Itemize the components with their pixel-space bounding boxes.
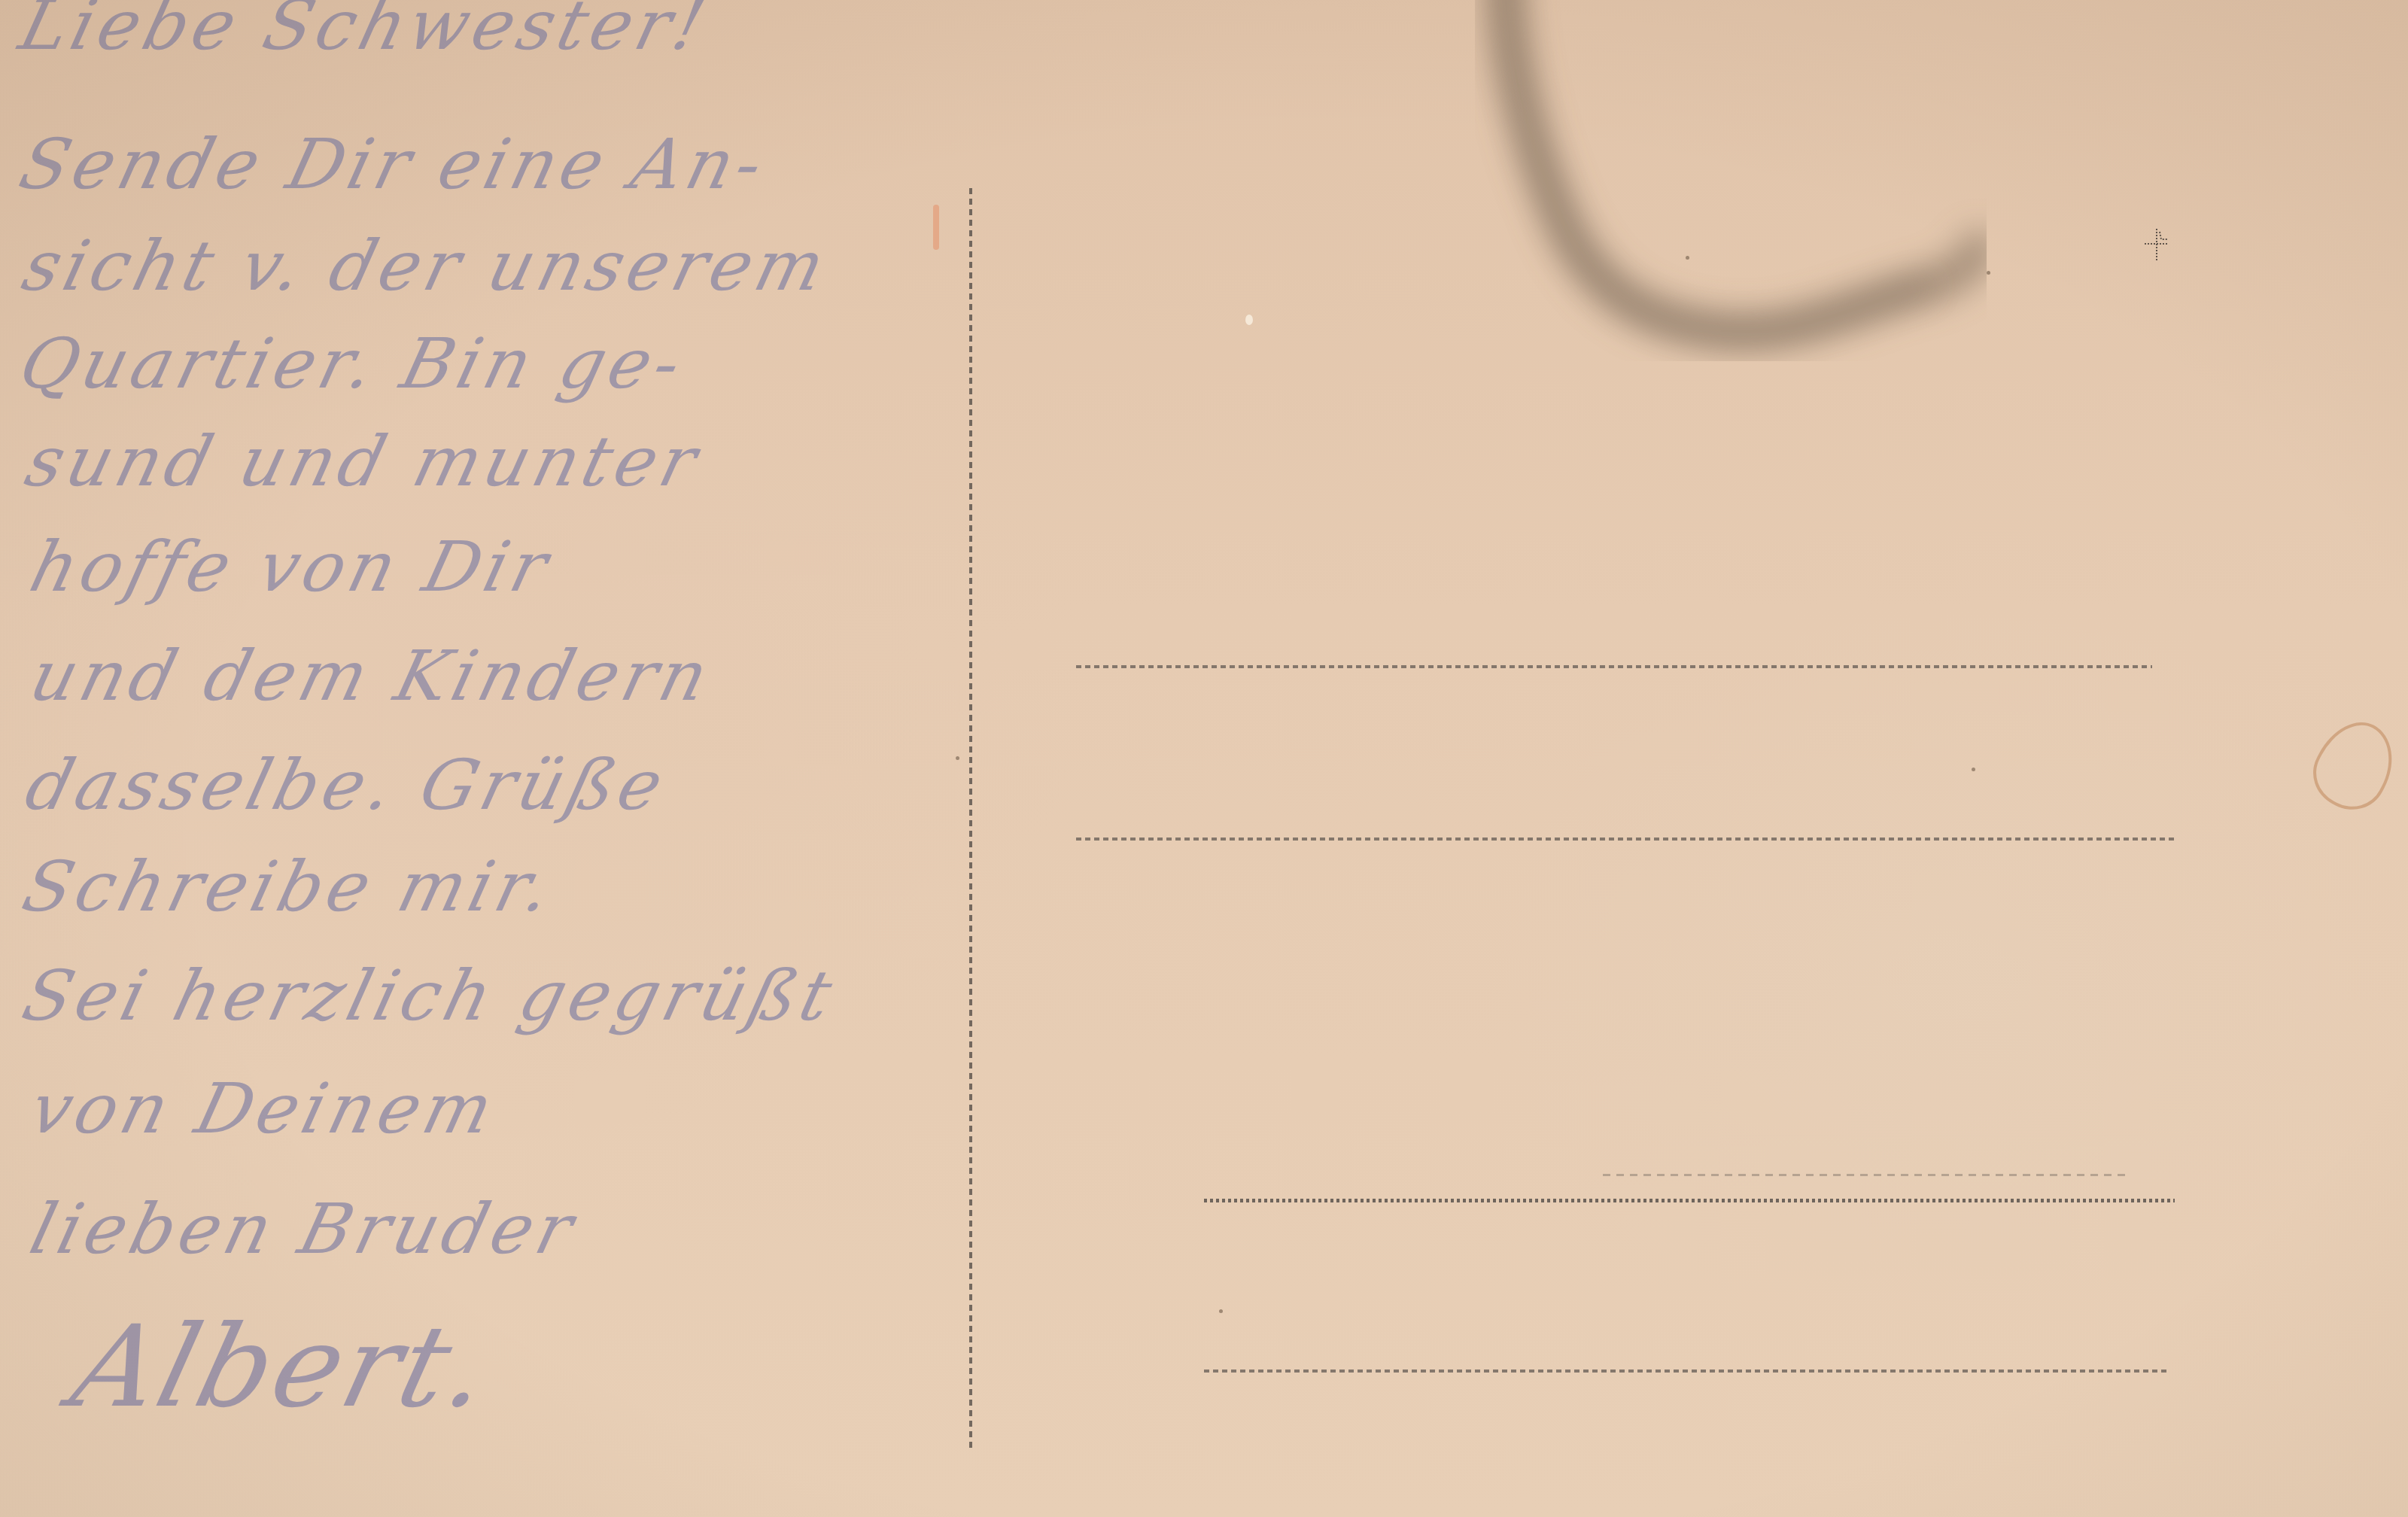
address-line-3 [1204, 1199, 2175, 1202]
message-line: von Deinem [23, 1069, 505, 1149]
message-line: Sei herzlich gegrüßt [15, 956, 844, 1036]
ink-mark [933, 205, 939, 250]
message-line: hoffe von Dir [23, 527, 560, 607]
address-line-3-guide [1603, 1174, 2130, 1176]
speck [1972, 768, 1975, 771]
message-line: lieben Bruder [23, 1189, 585, 1269]
speck [1987, 271, 1990, 275]
speck [1219, 1309, 1223, 1313]
message-line: und dem Kindern [23, 636, 720, 716]
speck [956, 756, 959, 760]
center-divider-line [969, 188, 972, 1452]
message-line: Quartier. Bin ge- [12, 324, 693, 404]
speck [1686, 256, 1689, 260]
signature: Albert. [60, 1302, 506, 1433]
address-line-4 [1204, 1370, 2167, 1373]
address-line-1 [1076, 665, 2152, 668]
message-line: dasselbe. Grüße [18, 745, 675, 825]
address-line-2 [1076, 838, 2176, 841]
paper-fleck [1245, 315, 1253, 325]
message-line: Sende Dir eine An- [12, 124, 775, 205]
message-line: sicht v. der unserem [15, 226, 837, 306]
message-line: Liebe Schwester! [12, 0, 717, 65]
message-line: sund und munter [18, 421, 709, 502]
message-line: Schreibe mir. [15, 847, 564, 927]
stamp-corner-mark [2142, 226, 2172, 263]
